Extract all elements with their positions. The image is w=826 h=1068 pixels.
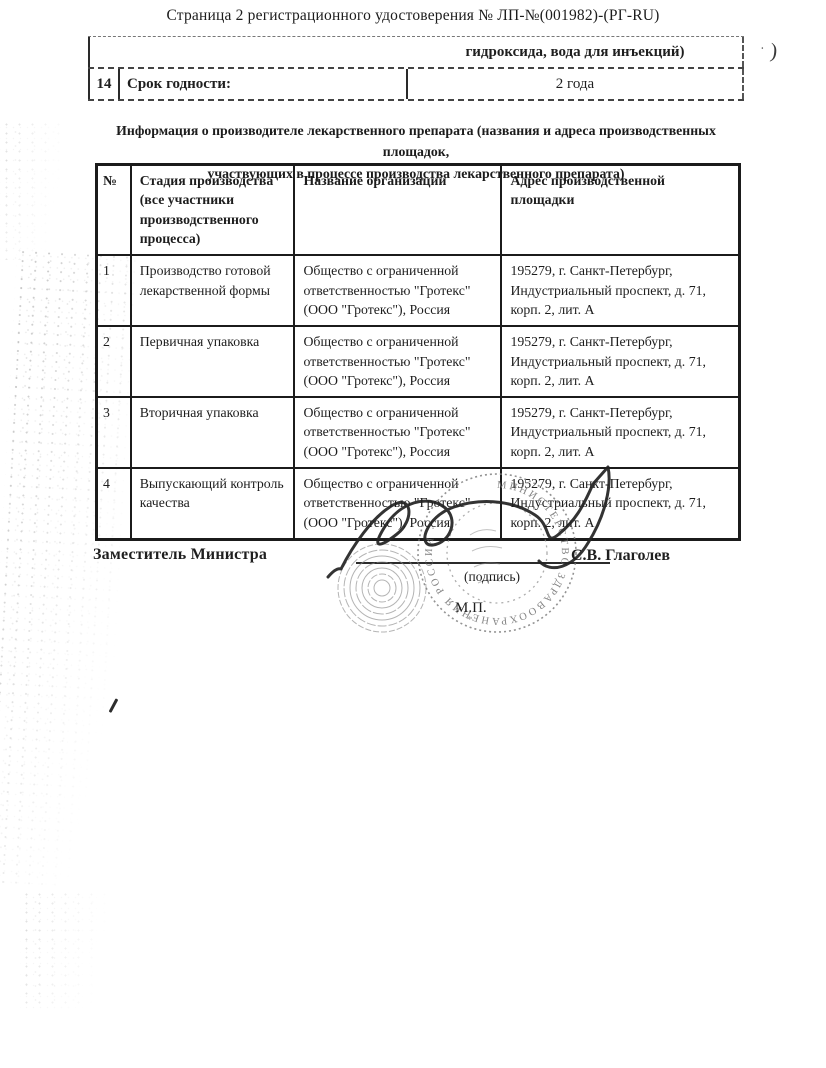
- header-organization: Название организации: [294, 165, 501, 256]
- header-number: №: [97, 165, 131, 256]
- table-row-continuation: гидроксида, вода для инъекций): [88, 36, 744, 67]
- cell-address: 195279, г. Санкт-Петербург, Индустриальн…: [501, 326, 739, 397]
- cell-stage: Производство готовой лекарственной формы: [131, 255, 295, 326]
- seal-placeholder-label: М.П.: [455, 600, 487, 617]
- signatory-name: С.В. Глаголев: [571, 547, 670, 565]
- scan-noise: [0, 120, 60, 260]
- continuation-text-cell: гидроксида, вода для инъекций): [408, 37, 744, 67]
- shelf-life-table: гидроксида, вода для инъекций) 14 Срок г…: [88, 36, 744, 101]
- signature-caption: (подпись): [432, 569, 552, 585]
- page-title: Страница 2 регистрационного удостоверени…: [0, 7, 826, 25]
- cell-number: 4: [97, 468, 131, 539]
- cell-organization: Общество с ограниченной ответственностью…: [294, 326, 501, 397]
- cell-stage: Вторичная упаковка: [131, 397, 295, 468]
- header-address: Адрес производственной площадки: [501, 165, 739, 256]
- heading-line-1: Информация о производителе лекарственног…: [88, 120, 744, 163]
- cell-stage: Первичная упаковка: [131, 326, 295, 397]
- cell-organization: Общество с ограниченной ответственностью…: [294, 255, 501, 326]
- cell-number: 3: [97, 397, 131, 468]
- scanned-document-page: Страница 2 регистрационного удостоверени…: [0, 0, 826, 1068]
- empty-cell: [88, 37, 408, 67]
- cell-number: 1: [97, 255, 131, 326]
- table-header-row: № Стадия производства (все участники про…: [97, 165, 740, 256]
- row-number-cell: 14: [88, 69, 120, 99]
- guilloche-circles: [338, 544, 426, 632]
- table-row: 2 Первичная упаковка Общество с ограниче…: [97, 326, 740, 397]
- cell-stage: Выпускающий контроль качества: [131, 468, 295, 539]
- signatory-title: Заместитель Министра: [93, 546, 267, 564]
- scan-noise: [20, 890, 110, 1010]
- cell-address: 195279, г. Санкт-Петербург, Индустриальн…: [501, 255, 739, 326]
- table-row: 1 Производство готовой лекарственной фор…: [97, 255, 740, 326]
- shelf-life-value-cell: 2 года: [408, 69, 744, 99]
- table-row-14: 14 Срок годности: 2 года: [88, 67, 744, 101]
- shelf-life-label-cell: Срок годности:: [120, 69, 408, 99]
- pen-stray-mark: [109, 698, 118, 712]
- ministry-stamp-icon: МИНИСТЕРСТВО ЗДРАВООХРАНЕНИЯ РОССИИ · *: [418, 474, 576, 632]
- header-stage: Стадия производства (все участники произ…: [131, 165, 295, 256]
- cell-number: 2: [97, 326, 131, 397]
- stray-paren-mark: ): [759, 37, 779, 64]
